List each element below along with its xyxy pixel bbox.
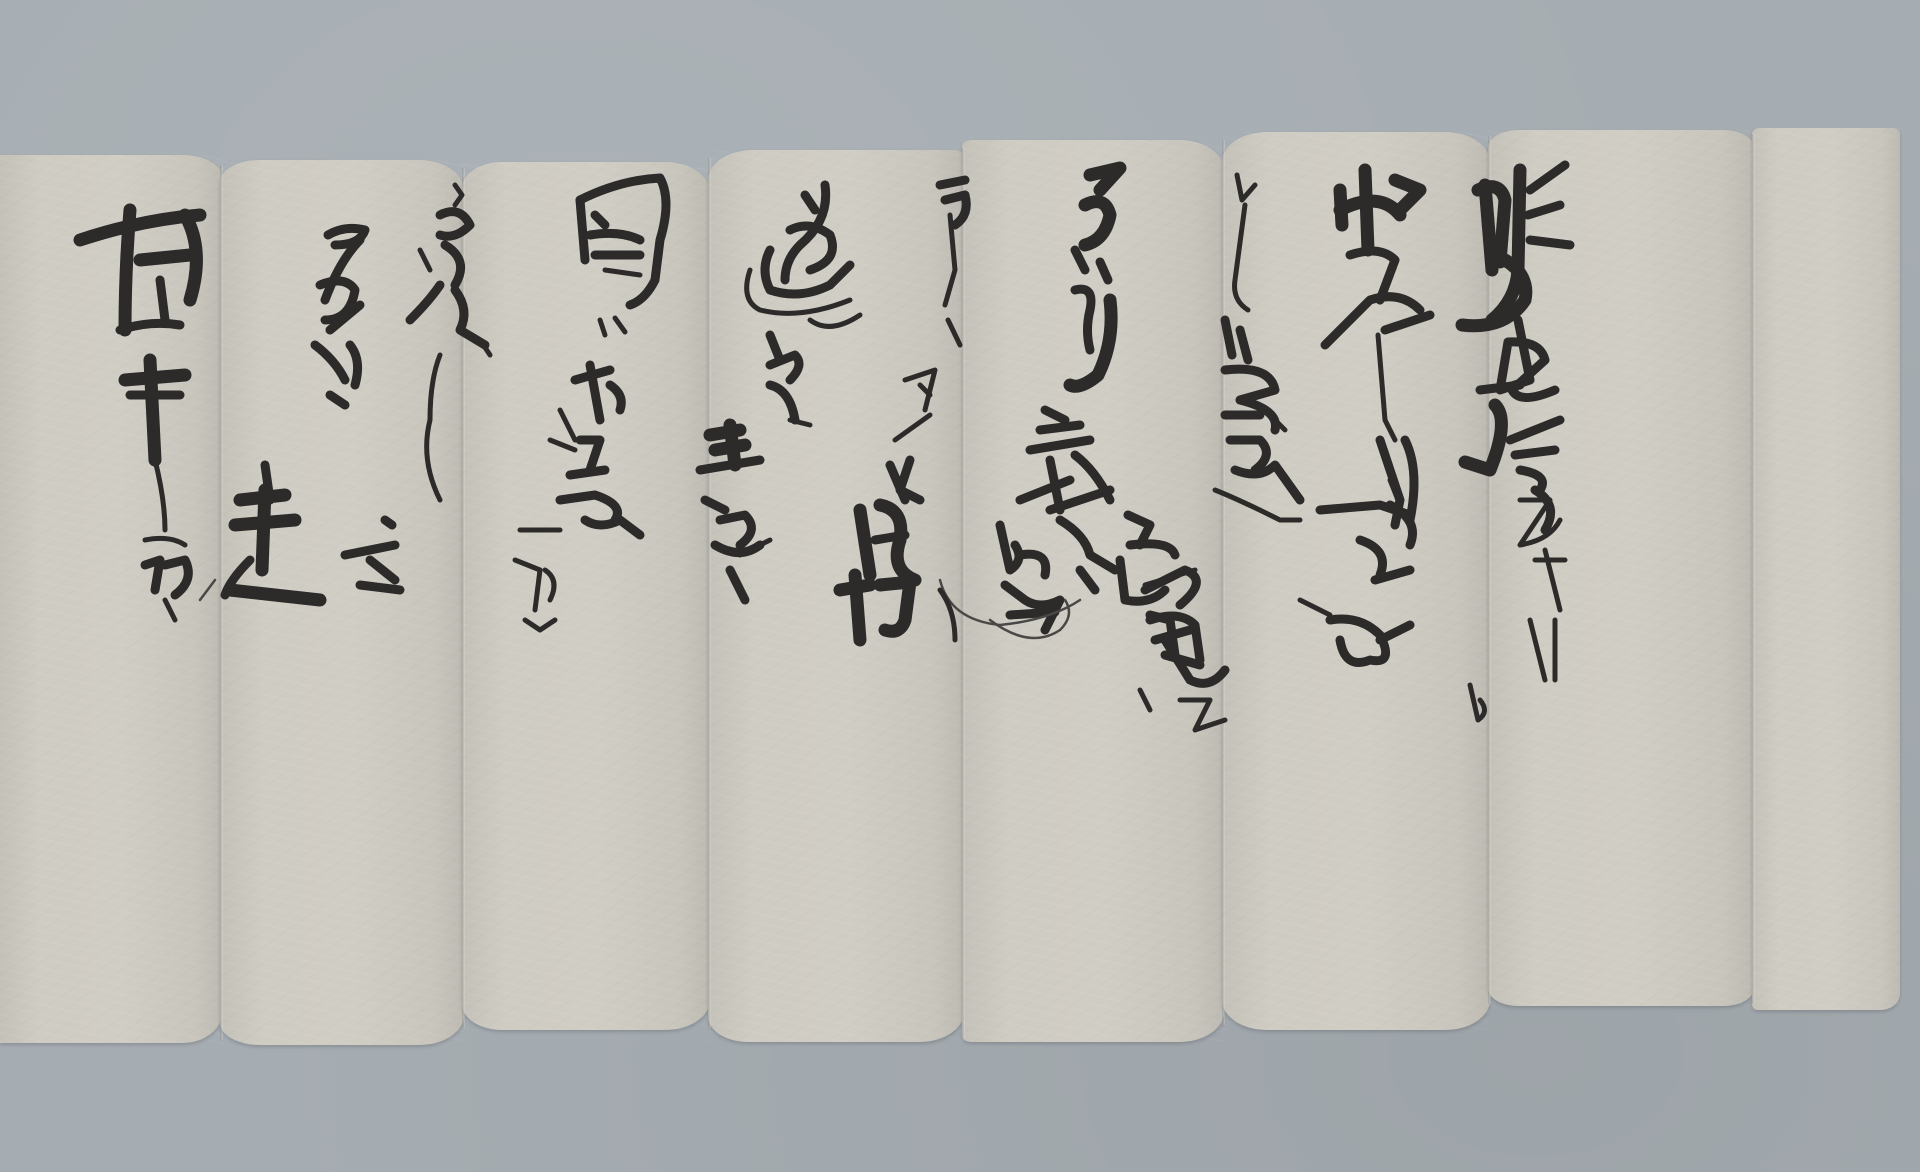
ink-column-11: [225, 465, 400, 600]
calligraphy-ink: [0, 0, 1920, 1172]
ink-column-4: [940, 168, 1120, 638]
ink-column-6: [840, 180, 966, 640]
ink-column-1: [1462, 165, 1570, 720]
folded-letter: 昨夕 易 孫 … より 出 … 大 … 流 … 読 … 候 … 義 … 指 … …: [0, 0, 1920, 1172]
ink-column-7: [700, 185, 860, 600]
ink-column-12: [80, 210, 215, 620]
ink-column-8: [515, 178, 666, 630]
ink-column-2: [1300, 170, 1430, 663]
ink-column-10: [315, 228, 365, 405]
ink-column-9: [410, 185, 490, 500]
ink-column-3: [1145, 175, 1300, 730]
